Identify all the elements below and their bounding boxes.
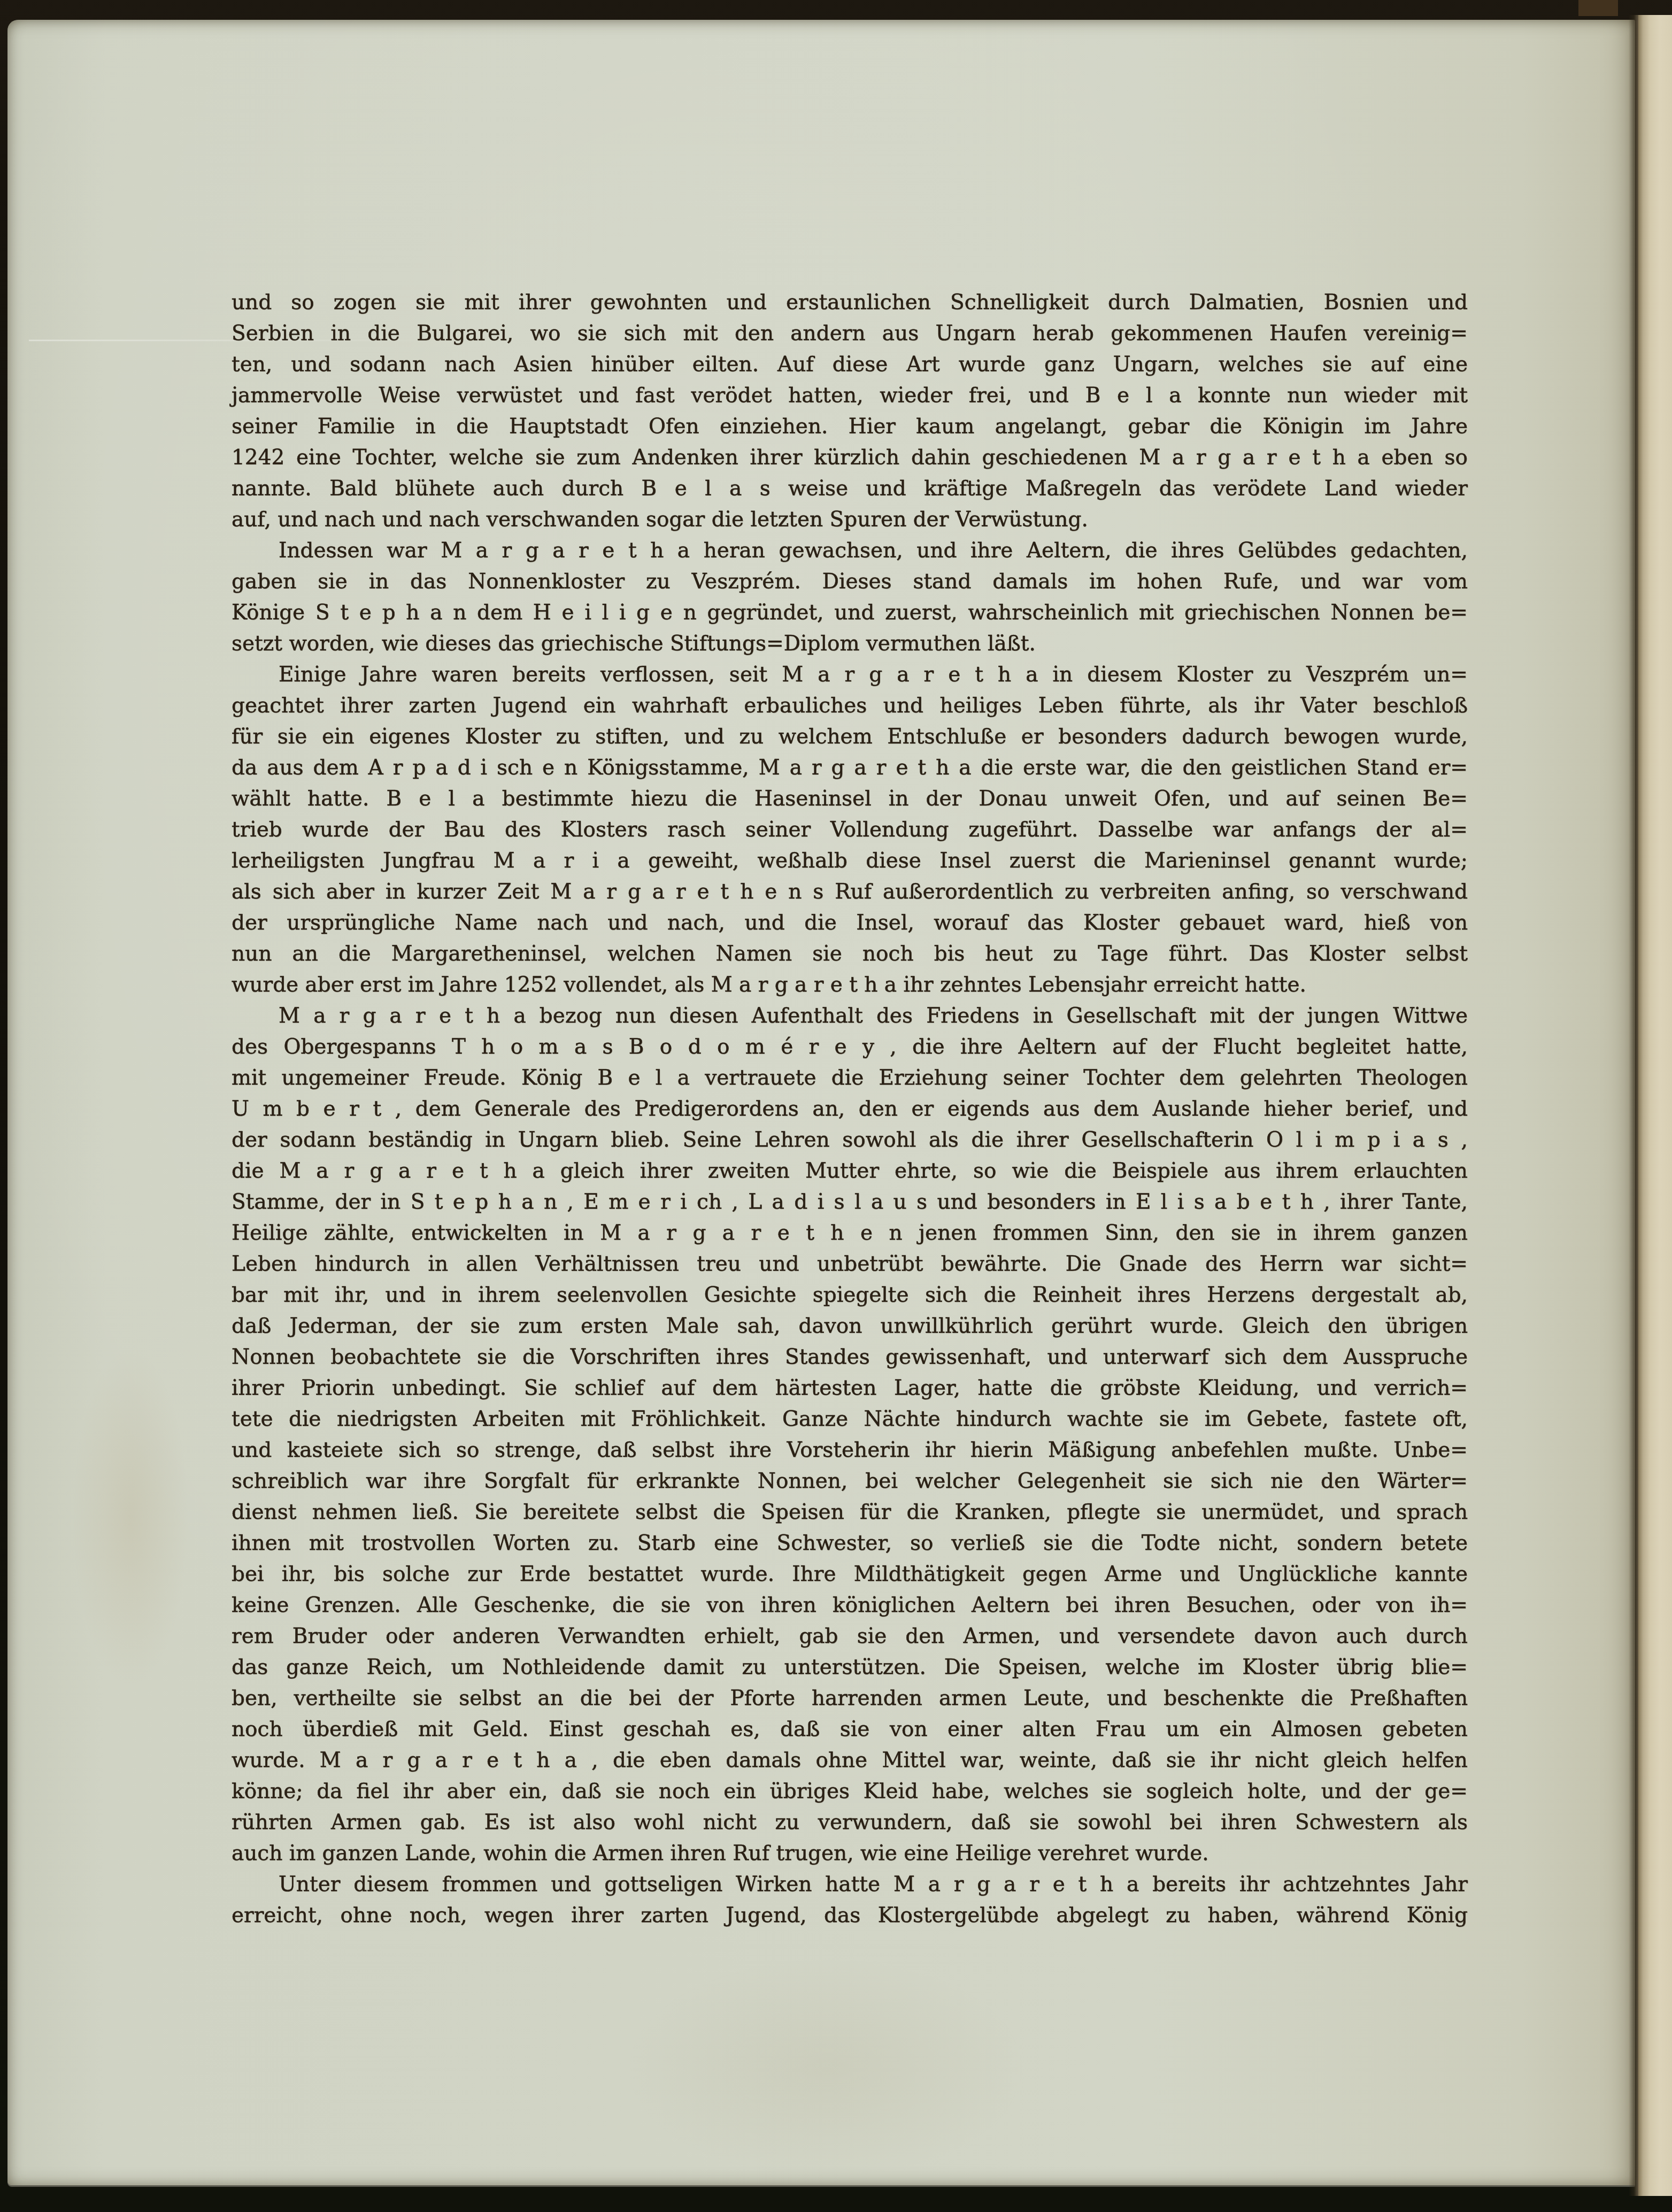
text-line: Einige Jahre waren bereits verflossen, s… (232, 659, 1468, 690)
text-line: bar mit ihr, und in ihrem seelenvollen G… (232, 1280, 1468, 1311)
text-line: die M a r g a r e t h a gleich ihrer zwe… (232, 1156, 1468, 1187)
text-line: Unter diesem frommen und gottseligen Wir… (232, 1869, 1468, 1900)
page-text-block: und so zogen sie mit ihrer gewohnten und… (232, 287, 1468, 1931)
text-line: Indessen war M a r g a r e t h a heran g… (232, 535, 1468, 566)
text-line: keine Grenzen. Alle Geschenke, die sie v… (232, 1590, 1468, 1621)
text-line: wurde. M a r g a r e t h a , die eben da… (232, 1745, 1468, 1776)
text-line: rem Bruder oder anderen Verwandten erhie… (232, 1621, 1468, 1652)
text-line: Stamme, der in S t e p h a n , E m e r i… (232, 1187, 1468, 1218)
text-line: Leben hindurch in allen Verhältnissen tr… (232, 1249, 1468, 1280)
text-line: nun an die Margaretheninsel, welchen Nam… (232, 939, 1468, 970)
text-line: Könige S t e p h a n dem H e i l i g e n… (232, 597, 1468, 628)
text-line: und so zogen sie mit ihrer gewohnten und… (232, 287, 1468, 318)
text-line: Heilige zählte, entwickelten in M a r g … (232, 1218, 1468, 1249)
next-page-edge (1638, 15, 1672, 2196)
text-line: U m b e r t , dem Generale des Predigero… (232, 1094, 1468, 1125)
text-line: und kasteiete sich so strenge, daß selbs… (232, 1435, 1468, 1466)
text-line: bei ihr, bis solche zur Erde bestattet w… (232, 1559, 1468, 1590)
text-line: ben, vertheilte sie selbst an die bei de… (232, 1683, 1468, 1714)
text-line: setzt worden, wie dieses das griechische… (232, 628, 1468, 659)
text-line: jammervolle Weise verwüstet und fast ver… (232, 380, 1468, 411)
text-line: da aus dem A r p a d i sch e n Königssta… (232, 752, 1468, 784)
text-line: M a r g a r e t h a bezog nun diesen Auf… (232, 1001, 1468, 1032)
book-page: und so zogen sie mit ihrer gewohnten und… (7, 20, 1635, 2185)
text-line: das ganze Reich, um Nothleidende damit z… (232, 1652, 1468, 1683)
text-line: als sich aber in kurzer Zeit M a r g a r… (232, 877, 1468, 908)
text-line: der ursprüngliche Name nach und nach, un… (232, 908, 1468, 939)
text-line: gaben sie in das Nonnenkloster zu Veszpr… (232, 566, 1468, 597)
binding-remnant (1578, 0, 1618, 16)
text-line: Nonnen beobachtete sie die Vorschriften … (232, 1342, 1468, 1373)
text-line: könne; da fiel ihr aber ein, daß sie noc… (232, 1776, 1468, 1807)
text-line: schreiblich war ihre Sorgfalt für erkran… (232, 1466, 1468, 1497)
text-line: für sie ein eigenes Kloster zu stiften, … (232, 721, 1468, 752)
text-line: tete die niedrigsten Arbeiten mit Fröhli… (232, 1404, 1468, 1435)
text-line: ten, und sodann nach Asien hinüber eilte… (232, 349, 1468, 380)
text-line: dienst nehmen ließ. Sie bereitete selbst… (232, 1497, 1468, 1528)
text-line: der sodann beständig in Ungarn blieb. Se… (232, 1125, 1468, 1156)
text-line: noch überdieß mit Geld. Einst geschah es… (232, 1714, 1468, 1745)
text-line: wurde aber erst im Jahre 1252 vollendet,… (232, 970, 1468, 1001)
text-line: des Obergespanns T h o m a s B o d o m é… (232, 1032, 1468, 1063)
text-line: geachtet ihrer zarten Jugend ein wahrhaf… (232, 690, 1468, 721)
text-line: auf, und nach und nach verschwanden soga… (232, 504, 1468, 535)
text-line: ihnen mit trostvollen Worten zu. Starb e… (232, 1528, 1468, 1559)
text-line: nannte. Bald blühete auch durch B e l a … (232, 473, 1468, 504)
text-line: Serbien in die Bulgarei, wo sie sich mit… (232, 318, 1468, 349)
page-fold-shadow (1629, 15, 1638, 2196)
text-line: daß Jederman, der sie zum ersten Male sa… (232, 1311, 1468, 1342)
text-line: ihrer Priorin unbedingt. Sie schlief auf… (232, 1373, 1468, 1404)
text-line: auch im ganzen Lande, wohin die Armen ih… (232, 1838, 1468, 1869)
paper-stain (72, 1346, 189, 1688)
paper-stain (622, 1956, 1029, 2180)
text-line: wählt hatte. B e l a bestimmte hiezu die… (232, 784, 1468, 815)
text-line: 1242 eine Tochter, welche sie zum Andenk… (232, 442, 1468, 473)
text-line: lerheiligsten Jungfrau M a r i a geweiht… (232, 846, 1468, 877)
text-line: mit ungemeiner Freude. König B e l a ver… (232, 1063, 1468, 1094)
text-line: trieb wurde der Bau des Klosters rasch s… (232, 815, 1468, 846)
text-line: rührten Armen gab. Es ist also wohl nich… (232, 1807, 1468, 1838)
text-line: erreicht, ohne noch, wegen ihrer zarten … (232, 1900, 1468, 1931)
text-line: seiner Familie in die Hauptstadt Ofen ei… (232, 411, 1468, 442)
